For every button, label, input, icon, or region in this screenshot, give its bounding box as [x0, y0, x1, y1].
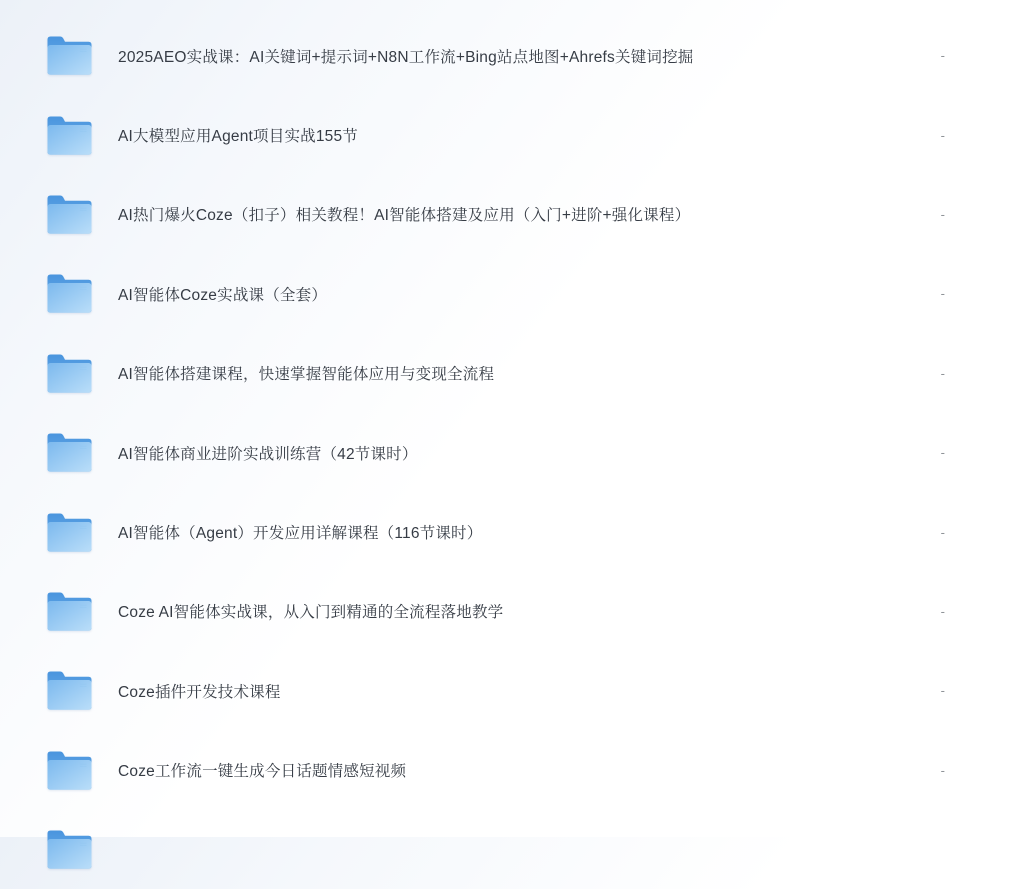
- item-meta-dash: -: [941, 48, 945, 63]
- list-item[interactable]: Coze工作流一键生成今日话题情感短视频 -: [0, 731, 1024, 810]
- item-meta-dash: -: [941, 286, 945, 301]
- list-item[interactable]: AI智能体搭建课程，快速掌握智能体应用与变现全流程 -: [0, 334, 1024, 413]
- item-label[interactable]: AI智能体商业进阶实战训练营（42节课时）: [118, 442, 941, 464]
- list-item[interactable]: AI智能体商业进阶实战训练营（42节课时） -: [0, 413, 1024, 492]
- list-item[interactable]: Coze AI智能体实战课，从入门到精通的全流程落地教学 -: [0, 572, 1024, 651]
- folder-icon[interactable]: [46, 827, 93, 837]
- list-item[interactable]: [0, 810, 1024, 837]
- folder-icon[interactable]: [46, 113, 93, 158]
- item-label[interactable]: 2025AEO实战课：AI关键词+提示词+N8N工作流+Bing站点地图+Ahr…: [118, 45, 941, 67]
- item-label[interactable]: Coze工作流一键生成今日话题情感短视频: [118, 759, 941, 781]
- list-item[interactable]: 2025AEO实战课：AI关键词+提示词+N8N工作流+Bing站点地图+Ahr…: [0, 16, 1024, 95]
- item-meta-dash: -: [941, 445, 945, 460]
- folder-icon[interactable]: [46, 510, 93, 555]
- folder-list: 2025AEO实战课：AI关键词+提示词+N8N工作流+Bing站点地图+Ahr…: [0, 0, 1024, 837]
- item-label[interactable]: AI智能体（Agent）开发应用详解课程（116节课时）: [118, 521, 941, 543]
- item-meta-dash: -: [941, 366, 945, 381]
- folder-icon[interactable]: [46, 668, 93, 713]
- list-item[interactable]: Coze插件开发技术课程 -: [0, 651, 1024, 730]
- item-label[interactable]: AI智能体搭建课程，快速掌握智能体应用与变现全流程: [118, 362, 941, 384]
- folder-icon[interactable]: [46, 33, 93, 78]
- item-meta-dash: -: [941, 207, 945, 222]
- list-item[interactable]: AI热门爆火Coze（扣子）相关教程！AI智能体搭建及应用（入门+进阶+强化课程…: [0, 175, 1024, 254]
- folder-icon[interactable]: [46, 271, 93, 316]
- item-meta-dash: -: [941, 683, 945, 698]
- folder-icon[interactable]: [46, 748, 93, 793]
- list-item[interactable]: AI智能体（Agent）开发应用详解课程（116节课时） -: [0, 492, 1024, 571]
- item-meta-dash: -: [941, 604, 945, 619]
- item-meta-dash: -: [941, 763, 945, 778]
- item-label[interactable]: AI热门爆火Coze（扣子）相关教程！AI智能体搭建及应用（入门+进阶+强化课程…: [118, 203, 941, 225]
- item-label[interactable]: Coze插件开发技术课程: [118, 680, 941, 702]
- folder-icon[interactable]: [46, 192, 93, 237]
- item-label[interactable]: Coze AI智能体实战课，从入门到精通的全流程落地教学: [118, 600, 941, 622]
- item-label[interactable]: AI智能体Coze实战课（全套）: [118, 283, 941, 305]
- folder-icon[interactable]: [46, 430, 93, 475]
- folder-icon[interactable]: [46, 351, 93, 396]
- item-meta-dash: -: [941, 525, 945, 540]
- list-item[interactable]: AI大模型应用Agent项目实战155节 -: [0, 95, 1024, 174]
- folder-icon[interactable]: [46, 589, 93, 634]
- list-item[interactable]: AI智能体Coze实战课（全套） -: [0, 254, 1024, 333]
- item-label[interactable]: AI大模型应用Agent项目实战155节: [118, 124, 941, 146]
- item-meta-dash: -: [941, 128, 945, 143]
